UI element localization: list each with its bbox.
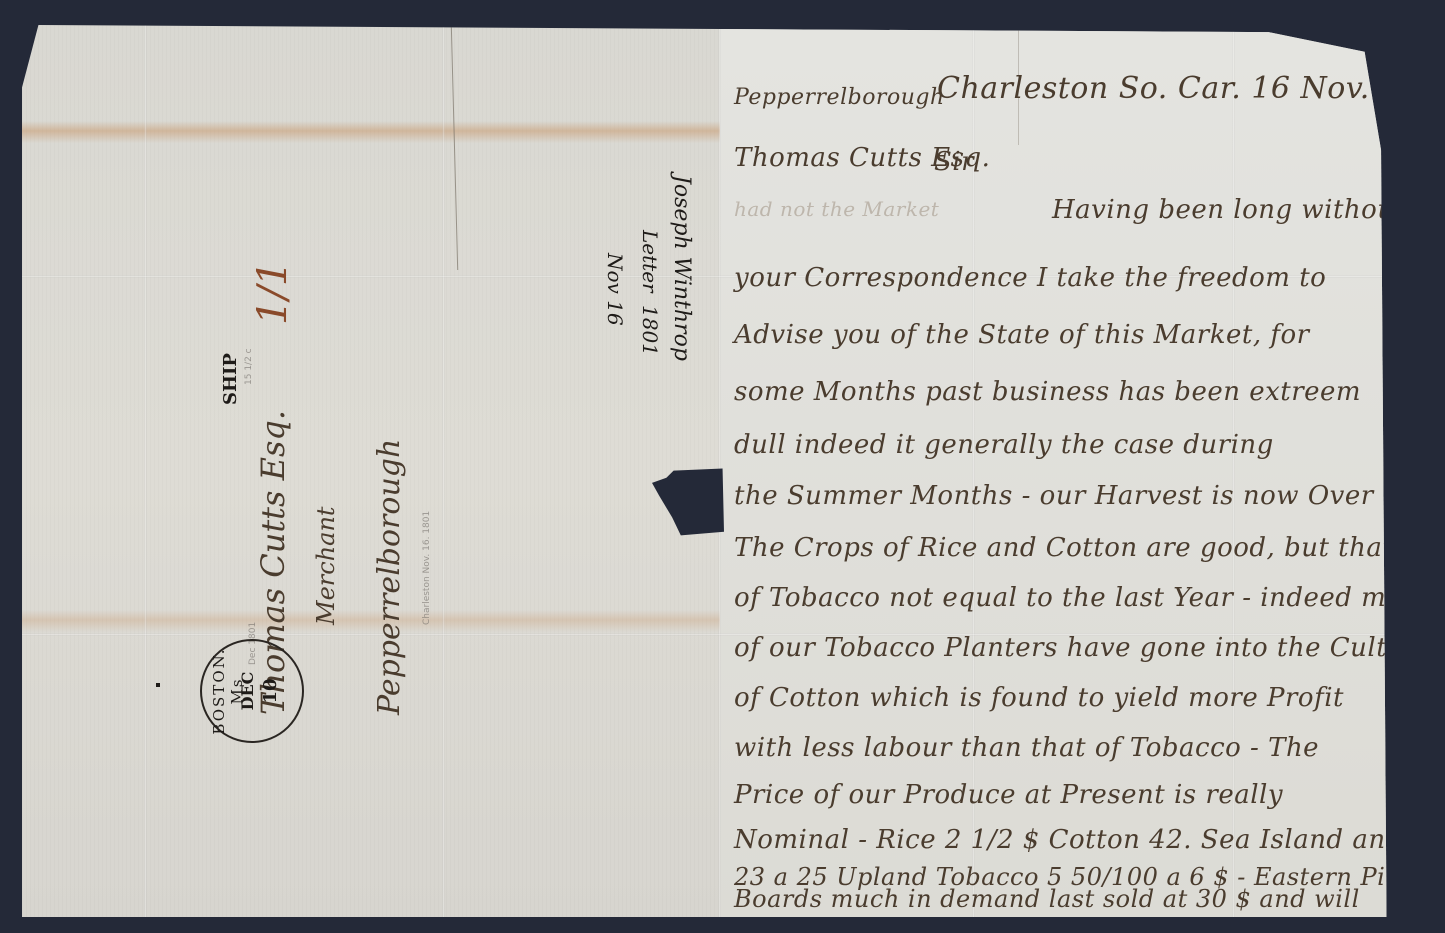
letter-line-7: The Crops of Rice and Cotton are good, b…: [734, 533, 1393, 563]
letter-line-11: with less labour than that of Tobacco - …: [734, 733, 1319, 763]
letter-line-13: Nominal - Rice 2 1/2 $ Cotton 42. Sea Is…: [734, 825, 1403, 855]
salutation: Sir: [934, 147, 974, 177]
postmark-day: 10: [260, 641, 281, 741]
letter-heading-place: Pepperrelborough: [734, 85, 945, 110]
show-through-text: had not the Market: [734, 197, 939, 221]
letter-line-4: some Months past business has been extre…: [734, 377, 1361, 407]
docket-sender: Joseph Winthrop: [669, 175, 694, 361]
letter-line-1: Having been long without: [1052, 195, 1406, 225]
rust-stain-lower: [22, 610, 720, 632]
docket-date: Nov 16: [603, 253, 627, 326]
letter-line-8: of Tobacco not equal to the last Year - …: [734, 583, 1427, 613]
letter-line-15: Boards much in demand last sold at 30 $ …: [734, 885, 1360, 913]
letter-sheet: Pepperrelborough Charleston So. Car. 16 …: [22, 25, 1392, 917]
letter-line-3: Advise you of the State of this Market, …: [734, 320, 1310, 350]
address-place: Pepperrelborough: [372, 439, 407, 715]
ship-handstamp: SHIP: [220, 353, 241, 405]
letter-dateline: Charleston So. Car. 16 Nov. 1801: [937, 71, 1445, 106]
pencil-note: Charleston Nov. 16. 1801: [422, 511, 432, 625]
letter-line-10: of Cotton which is found to yield more P…: [734, 683, 1344, 713]
ink-dot: [156, 683, 160, 687]
fold-line: [442, 25, 445, 917]
manuscript-rate: 1/1: [250, 261, 296, 325]
letter-line-6: the Summer Months - our Harvest is now O…: [734, 481, 1374, 511]
letter-line-12: Price of our Produce at Present is reall…: [734, 780, 1283, 810]
seal-tear-hole: [652, 467, 724, 539]
docket-year: 1801: [638, 305, 662, 356]
rust-stain-upper: [22, 121, 720, 143]
address-title: Merchant: [312, 506, 340, 625]
postmark-month: DEC: [238, 641, 257, 741]
pencil-note: 15 1/2 c: [244, 348, 254, 385]
letter-line-9: of our Tobacco Planters have gone into t…: [734, 633, 1433, 663]
crease-line: [451, 25, 458, 270]
docket-label: Letter: [638, 230, 662, 293]
letter-line-2: your Correspondence I take the freedom t…: [734, 263, 1326, 293]
fold-line: [144, 25, 147, 917]
boston-postmark: BOSTON. Ms DEC 10: [200, 639, 304, 743]
letter-line-5: dull indeed it generally the case during: [734, 430, 1274, 460]
